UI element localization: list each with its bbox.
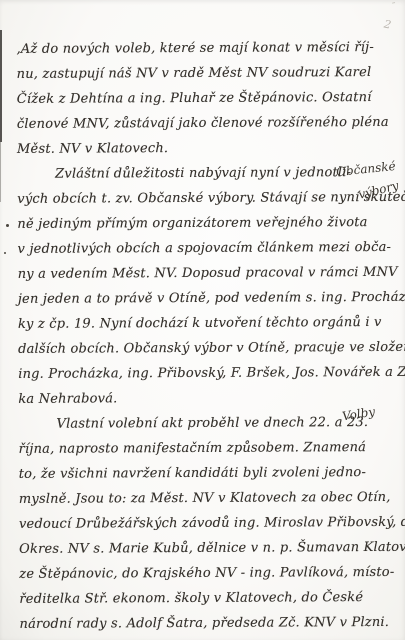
- handwriting-line: ky z čp. 19. Nyní dochází k utvoření těc…: [18, 310, 350, 337]
- ink-speck: [4, 252, 6, 254]
- handwriting-line: ‚Až do nových voleb, které se mají konat…: [16, 35, 348, 62]
- handwriting-line-paragraph-start: Zvláštní důležitosti nabývají nyní v jed…: [17, 160, 349, 187]
- handwriting-line: vých obcích t. zv. Občanské výbory. Stáv…: [17, 185, 349, 212]
- handwriting-line: jen jeden a to právě v Otíně, pod vedení…: [18, 285, 350, 312]
- handwritten-text-block: ‚Až do nových voleb, které se mají konat…: [16, 35, 351, 637]
- handwriting-line: národní rady s. Adolf Šatra, předseda Zč…: [19, 610, 351, 637]
- handwriting-line: ředitelka Stř. ekonom. školy v Klatovech…: [19, 585, 351, 612]
- handwriting-line: nu, zastupují náš NV v radě Měst NV soud…: [17, 60, 349, 87]
- page-number: 2: [383, 17, 393, 31]
- handwriting-line: Okres. NV s. Marie Kubů, dělnice v n. p.…: [19, 535, 351, 562]
- handwriting-line: října, naprosto manifestačním způsobem. …: [19, 435, 351, 462]
- handwriting-line-paragraph-start: Vlastní volební akt proběhl ve dnech 22.…: [18, 410, 350, 437]
- handwriting-line: Měst. NV v Klatovech.: [17, 135, 349, 162]
- handwriting-line: myslně. Jsou to: za Měst. NV v Klatovech…: [19, 485, 351, 512]
- handwriting-line: ně jediným přímým organizátorem veřejnéh…: [17, 210, 349, 237]
- handwriting-line: dalších obcích. Občanský výbor v Otíně, …: [18, 335, 350, 362]
- handwriting-line: Čížek z Dehtína a ing. Pluhař ze Štěpáno…: [17, 85, 349, 112]
- ink-speck: [6, 224, 9, 227]
- handwriting-line: ny a vedením Měst. NV. Doposud pracoval …: [18, 260, 350, 287]
- handwriting-line: vedoucí Drůbežářských závodů ing. Mirosl…: [19, 510, 351, 537]
- handwriting-line: ze Štěpánovic, do Krajského NV - ing. Pa…: [19, 560, 351, 587]
- handwriting-line: členové MNV, zůstávají jako členové rozš…: [17, 110, 349, 137]
- handwriting-line: ka Nehrabová.: [18, 385, 350, 412]
- handwriting-line: v jednotlivých obcích a spojovacím článk…: [17, 235, 349, 262]
- scan-edge-artifact-faint: [0, 142, 1, 202]
- scan-corner-mark: ″: [392, 2, 395, 12]
- handwriting-line: to, že všichni navržení kandidáti byli z…: [19, 460, 351, 487]
- scan-edge-artifact: [0, 30, 2, 142]
- manuscript-page: ″ 2 ‚Až do nových voleb, které se mají k…: [0, 0, 405, 640]
- handwriting-line: ing. Procházka, ing. Přibovský, F. Bršek…: [18, 360, 350, 387]
